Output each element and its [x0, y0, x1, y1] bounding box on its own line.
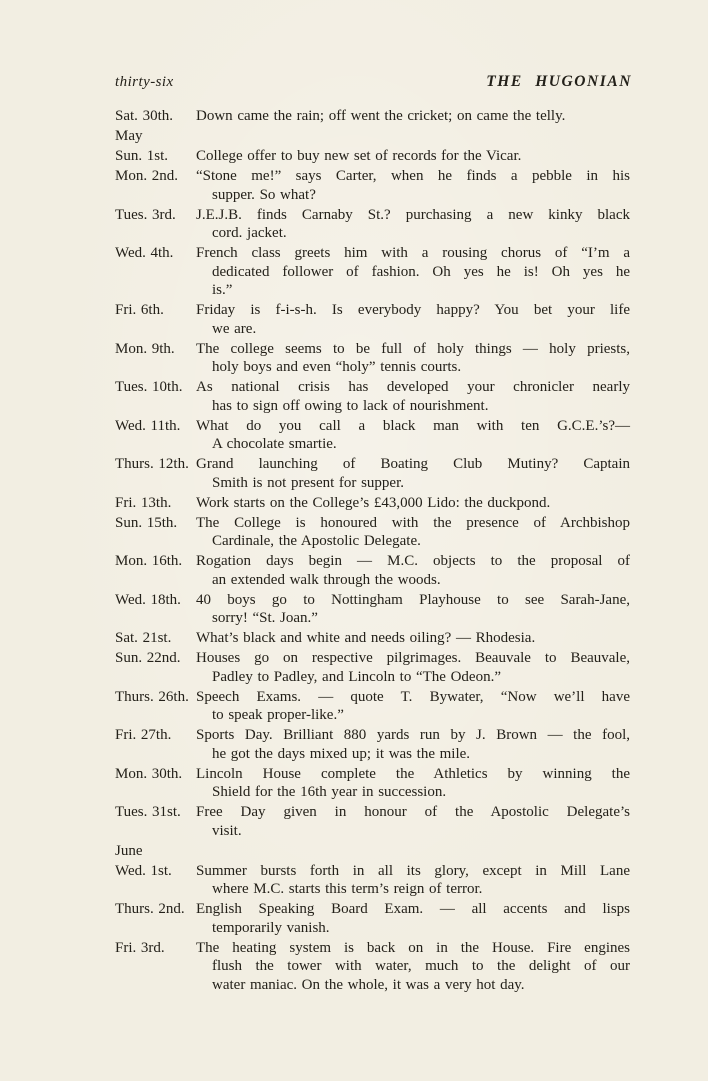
- diary-entry: Sun. 22nd. Houses go on respective pilgr…: [115, 649, 630, 686]
- diary-entry: Mon. 9th. The college seems to be full o…: [115, 340, 630, 377]
- entry-date: Thurs. 12th.: [115, 455, 196, 492]
- entry-text: Speech Exams. — quote T. Bywater, “Now w…: [196, 688, 630, 725]
- diary-entry: Wed. 11th. What do you call a black man …: [115, 417, 630, 454]
- entry-line: where M.C. starts this term’s reign of t…: [196, 880, 630, 899]
- entry-text: Grand launching of Boating Club Mutiny? …: [196, 455, 630, 492]
- diary-entry: Fri. 6th. Friday is f-i-s-h. Is everybod…: [115, 301, 630, 338]
- diary-entry: Mon. 30th. Lincoln House complete the At…: [115, 765, 630, 802]
- entry-line: English Speaking Board Exam. — all accen…: [196, 900, 630, 919]
- diary-entry: Mon. 2nd. “Stone me!” says Carter, when …: [115, 167, 630, 204]
- entry-date: Wed. 4th.: [115, 244, 196, 300]
- entry-text: French class greets him with a rousing c…: [196, 244, 630, 300]
- entry-date: Fri. 3rd.: [115, 939, 196, 995]
- entry-text: What’s black and white and needs oiling?…: [196, 629, 630, 648]
- diary-entry: Tues. 31st. Free Day given in honour of …: [115, 803, 630, 840]
- entry-date: Sun. 15th.: [115, 514, 196, 551]
- entry-date: Fri. 13th.: [115, 494, 196, 513]
- entry-line: The College is honoured with the presenc…: [196, 514, 630, 533]
- entry-text: “Stone me!” says Carter, when he finds a…: [196, 167, 630, 204]
- entry-date: Wed. 18th.: [115, 591, 196, 628]
- entry-line: temporarily vanish.: [196, 919, 630, 938]
- entry-text: Summer bursts forth in all its glory, ex…: [196, 862, 630, 899]
- entry-text: Rogation days begin — M.C. objects to th…: [196, 552, 630, 589]
- entry-date: Mon. 16th.: [115, 552, 196, 589]
- magazine-title: THE HUGONIAN: [486, 73, 632, 91]
- entry-text: As national crisis has developed your ch…: [196, 378, 630, 415]
- entry-date: Tues. 10th.: [115, 378, 196, 415]
- entry-line: What do you call a black man with ten G.…: [196, 417, 630, 436]
- entry-date: Fri. 6th.: [115, 301, 196, 338]
- entry-text: Sports Day. Brilliant 880 yards run by J…: [196, 726, 630, 763]
- entry-line: he got the days mixed up; it was the mil…: [196, 745, 630, 764]
- entry-date: Sun. 22nd.: [115, 649, 196, 686]
- diary-entry: Thurs. 26th. Speech Exams. — quote T. By…: [115, 688, 630, 725]
- diary-entry: Tues. 3rd. J.E.J.B. finds Carnaby St.? p…: [115, 206, 630, 243]
- entry-date: Tues. 3rd.: [115, 206, 196, 243]
- entry-date: Mon. 2nd.: [115, 167, 196, 204]
- entry-line: Padley to Padley, and Lincoln to “The Od…: [196, 668, 630, 687]
- entry-date: Thurs. 2nd.: [115, 900, 196, 937]
- entry-text: Down came the rain; off went the cricket…: [196, 107, 630, 126]
- entry-line: water maniac. On the whole, it was a ver…: [196, 976, 630, 995]
- entry-line: Summer bursts forth in all its glory, ex…: [196, 862, 630, 881]
- diary-entry: Wed. 1st. Summer bursts forth in all its…: [115, 862, 630, 899]
- entry-text: The college seems to be full of holy thi…: [196, 340, 630, 377]
- entry-line: visit.: [196, 822, 630, 841]
- entry-line: The college seems to be full of holy thi…: [196, 340, 630, 359]
- entry-text: 40 boys go to Nottingham Playhouse to se…: [196, 591, 630, 628]
- entry-text: Friday is f-i-s-h. Is everybody happy? Y…: [196, 301, 630, 338]
- entry-date: Fri. 27th.: [115, 726, 196, 763]
- entry-line: an extended walk through the woods.: [196, 571, 630, 590]
- diary-entry: Fri. 13th. Work starts on the College’s …: [115, 494, 630, 513]
- entry-line: has to sign off owing to lack of nourish…: [196, 397, 630, 416]
- entry-line: Free Day given in honour of the Apostoli…: [196, 803, 630, 822]
- entry-line: The heating system is back on in the Hou…: [196, 939, 630, 958]
- entry-line: holy boys and even “holy” tennis courts.: [196, 358, 630, 377]
- entry-date: Wed. 1st.: [115, 862, 196, 899]
- entry-date: Thurs. 26th.: [115, 688, 196, 725]
- entry-text: College offer to buy new set of records …: [196, 147, 630, 166]
- entry-date: Tues. 31st.: [115, 803, 196, 840]
- entry-text: What do you call a black man with ten G.…: [196, 417, 630, 454]
- month-label: June: [115, 842, 630, 861]
- entry-line: A chocolate smartie.: [196, 435, 630, 454]
- entry-date: Mon. 30th.: [115, 765, 196, 802]
- entry-line: flush the tower with water, much to the …: [196, 957, 630, 976]
- entry-line: What’s black and white and needs oiling?…: [196, 629, 630, 648]
- diary-entry: Thurs. 12th. Grand launching of Boating …: [115, 455, 630, 492]
- diary-entry: Wed. 4th. French class greets him with a…: [115, 244, 630, 300]
- diary-entry: Fri. 3rd. The heating system is back on …: [115, 939, 630, 995]
- diary-list: Sat. 30th. Down came the rain; off went …: [115, 107, 630, 996]
- entry-line: cord. jacket.: [196, 224, 630, 243]
- entry-line: Rogation days begin — M.C. objects to th…: [196, 552, 630, 571]
- entry-line: Lincoln House complete the Athletics by …: [196, 765, 630, 784]
- entry-line: Smith is not present for supper.: [196, 474, 630, 493]
- diary-entry: Wed. 18th. 40 boys go to Nottingham Play…: [115, 591, 630, 628]
- entry-date: Mon. 9th.: [115, 340, 196, 377]
- diary-entry: Sat. 30th. Down came the rain; off went …: [115, 107, 630, 126]
- entry-text: The College is honoured with the presenc…: [196, 514, 630, 551]
- entry-line: Friday is f-i-s-h. Is everybody happy? Y…: [196, 301, 630, 320]
- entry-line: As national crisis has developed your ch…: [196, 378, 630, 397]
- entry-line: Speech Exams. — quote T. Bywater, “Now w…: [196, 688, 630, 707]
- entry-line: Houses go on respective pilgrimages. Bea…: [196, 649, 630, 668]
- entry-date: Sun. 1st.: [115, 147, 196, 166]
- entry-date: Sat. 21st.: [115, 629, 196, 648]
- page-number-word: thirty-six: [115, 74, 174, 91]
- diary-entry: Thurs. 2nd. English Speaking Board Exam.…: [115, 900, 630, 937]
- entry-text: J.E.J.B. finds Carnaby St.? purchasing a…: [196, 206, 630, 243]
- entry-text: Work starts on the College’s £43,000 Lid…: [196, 494, 630, 513]
- diary-entry: Sun. 1st. College offer to buy new set o…: [115, 147, 630, 166]
- entry-line: supper. So what?: [196, 186, 630, 205]
- entry-line: Cardinale, the Apostolic Delegate.: [196, 532, 630, 551]
- diary-entry: Fri. 27th. Sports Day. Brilliant 880 yar…: [115, 726, 630, 763]
- entry-text: English Speaking Board Exam. — all accen…: [196, 900, 630, 937]
- entry-text: Houses go on respective pilgrimages. Bea…: [196, 649, 630, 686]
- entry-line: Grand launching of Boating Club Mutiny? …: [196, 455, 630, 474]
- diary-entry: Sun. 15th. The College is honoured with …: [115, 514, 630, 551]
- entry-date: Wed. 11th.: [115, 417, 196, 454]
- entry-line: J.E.J.B. finds Carnaby St.? purchasing a…: [196, 206, 630, 225]
- entry-text: The heating system is back on in the Hou…: [196, 939, 630, 995]
- entry-line: Down came the rain; off went the cricket…: [196, 107, 630, 126]
- entry-line: dedicated follower of fashion. Oh yes he…: [196, 263, 630, 282]
- entry-text: Lincoln House complete the Athletics by …: [196, 765, 630, 802]
- entry-date: Sat. 30th.: [115, 107, 196, 126]
- entry-text: Free Day given in honour of the Apostoli…: [196, 803, 630, 840]
- entry-line: 40 boys go to Nottingham Playhouse to se…: [196, 591, 630, 610]
- entry-line: Shield for the 16th year in succession.: [196, 783, 630, 802]
- magazine-page: thirty-six THE HUGONIAN Sat. 30th. Down …: [0, 0, 708, 1081]
- entry-line: is.”: [196, 281, 630, 300]
- entry-line: “Stone me!” says Carter, when he finds a…: [196, 167, 630, 186]
- entry-line: French class greets him with a rousing c…: [196, 244, 630, 263]
- entry-line: Work starts on the College’s £43,000 Lid…: [196, 494, 630, 513]
- diary-entry: Sat. 21st. What’s black and white and ne…: [115, 629, 630, 648]
- entry-line: we are.: [196, 320, 630, 339]
- entry-line: to speak proper-like.”: [196, 706, 630, 725]
- entry-line: Sports Day. Brilliant 880 yards run by J…: [196, 726, 630, 745]
- entry-line: College offer to buy new set of records …: [196, 147, 630, 166]
- entry-line: sorry! “St. Joan.”: [196, 609, 630, 628]
- diary-entry: Mon. 16th. Rogation days begin — M.C. ob…: [115, 552, 630, 589]
- month-label: May: [115, 127, 630, 146]
- page-header: thirty-six THE HUGONIAN: [115, 73, 632, 91]
- diary-entry: Tues. 10th. As national crisis has devel…: [115, 378, 630, 415]
